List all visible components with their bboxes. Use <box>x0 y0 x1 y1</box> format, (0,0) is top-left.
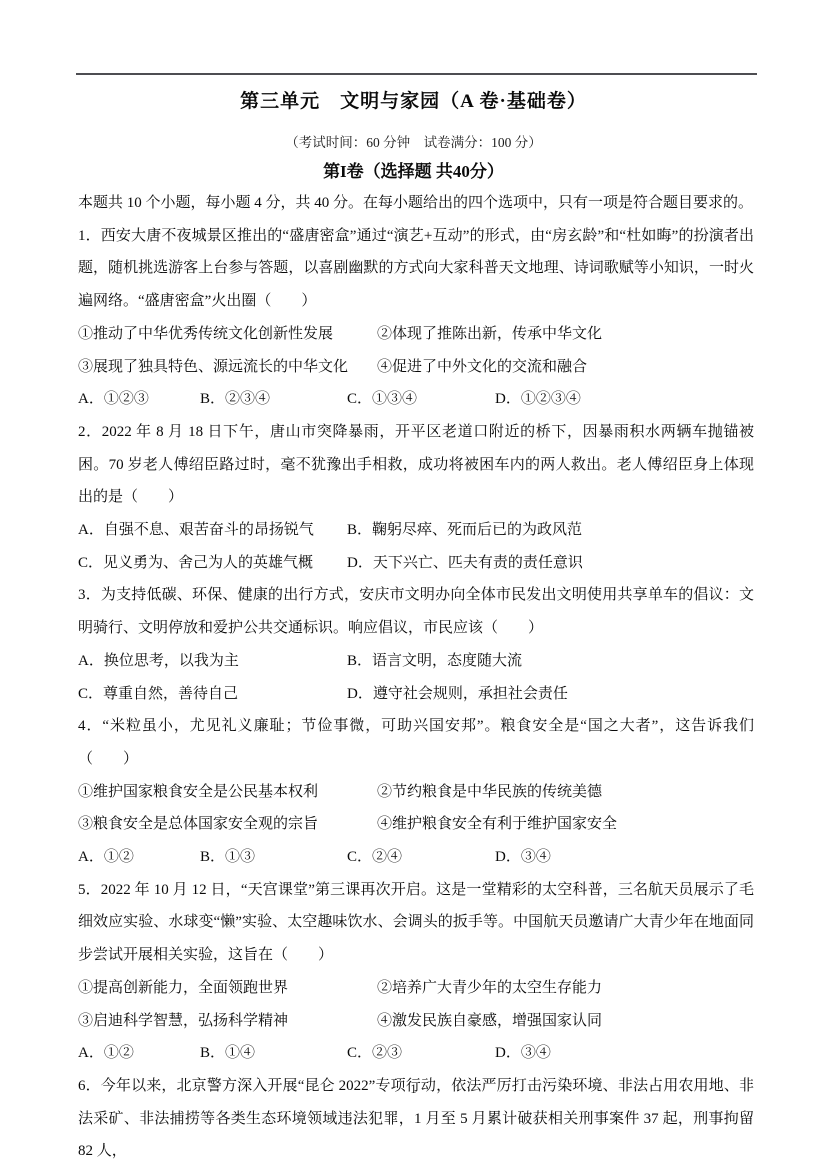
choice-d: D．遵守社会规则，承担社会责任 <box>347 686 568 702</box>
choice-c: C．②③ <box>347 1037 495 1070</box>
statement-4: ④促进了中外文化的交流和融合 <box>377 359 587 375</box>
exam-body: 本题共 10 个小题，每小题 4 分，共 40 分。在每小题给出的四个选项中，只… <box>78 187 754 1168</box>
statement-1: ①提高创新能力，全面领跑世界 <box>78 972 377 1005</box>
question-3-choices-row-1: A．换位思考，以我为主B．语言文明，态度随大流 <box>78 645 754 678</box>
choice-a: A．①②③ <box>78 383 200 416</box>
question-4-statements-row-1: ①维护国家粮食安全是公民基本权利②节约粮食是中华民族的传统美德 <box>78 776 754 809</box>
section-instructions: 本题共 10 个小题，每小题 4 分，共 40 分。在每小题给出的四个选项中，只… <box>78 187 754 220</box>
question-5: 5．2022 年 10 月 12 日，“天宫课堂”第三课再次开启。这是一堂精彩的… <box>78 874 754 1070</box>
choice-b: B．鞠躬尽瘁、死而后已的为政风范 <box>347 522 582 538</box>
statement-3: ③粮食安全是总体国家安全观的宗旨 <box>78 808 377 841</box>
choice-a: A．①② <box>78 841 200 874</box>
question-2-stem: 2．2022 年 8 月 18 日下午，唐山市突降暴雨，开平区老道口附近的桥下，… <box>78 416 754 514</box>
statement-4: ④维护粮食安全有利于维护国家安全 <box>377 816 617 832</box>
question-1-choices: A．①②③B．②③④C．①③④D．①②③④ <box>78 383 754 416</box>
question-3-stem: 3．为支持低碳、环保、健康的出行方式，安庆市文明办向全体市民发出文明使用共享单车… <box>78 579 754 644</box>
choice-d: D．③④ <box>495 1045 551 1061</box>
question-1-stem: 1．西安大唐不夜城景区推出的“盛唐密盒”通过“演艺+互动”的形式，由“房玄龄”和… <box>78 220 754 318</box>
question-5-stem: 5．2022 年 10 月 12 日，“天宫课堂”第三课再次开启。这是一堂精彩的… <box>78 874 754 972</box>
choice-d: D．①②③④ <box>495 391 581 407</box>
question-2-choices-row-1: A．自强不息、艰苦奋斗的昂扬锐气B．鞠躬尽瘁、死而后已的为政风范 <box>78 514 754 547</box>
exam-page: 第三单元 文明与家园（A 卷·基础卷） （考试时间：60 分钟 试卷满分：100… <box>0 0 827 1169</box>
statement-1: ①推动了中华优秀传统文化创新性发展 <box>78 318 377 351</box>
question-4-stem: 4．“米粒虽小，尤见礼义廉耻；节俭事微，可助兴国安邦”。粮食安全是“国之大者”，… <box>78 710 754 775</box>
question-5-statements-row-1: ①提高创新能力，全面领跑世界②培养广大青少年的太空生存能力 <box>78 972 754 1005</box>
statement-1: ①维护国家粮食安全是公民基本权利 <box>78 776 377 809</box>
exam-meta-info: （考试时间：60 分钟 试卷满分：100 分） <box>0 131 827 151</box>
choice-c: C．见义勇为、舍己为人的英雄气概 <box>78 547 347 580</box>
choice-b: B．②③④ <box>200 383 347 416</box>
choice-b: B．①③ <box>200 841 347 874</box>
choice-a: A．自强不息、艰苦奋斗的昂扬锐气 <box>78 514 347 547</box>
question-4-statements-row-2: ③粮食安全是总体国家安全观的宗旨④维护粮食安全有利于维护国家安全 <box>78 808 754 841</box>
page-number: 1 <box>0 1082 827 1097</box>
choice-d: D．③④ <box>495 849 551 865</box>
choice-c: C．尊重自然，善待自己 <box>78 678 347 711</box>
statement-4: ④激发民族自豪感，增强国家认同 <box>377 1013 602 1029</box>
question-1: 1．西安大唐不夜城景区推出的“盛唐密盒”通过“演艺+互动”的形式，由“房玄龄”和… <box>78 220 754 416</box>
choice-c: C．②④ <box>347 841 495 874</box>
question-1-statements-row-1: ①推动了中华优秀传统文化创新性发展②体现了推陈出新，传承中华文化 <box>78 318 754 351</box>
section-title: 第I卷（选择题 共40分） <box>0 157 827 182</box>
choice-b: B．语言文明，态度随大流 <box>347 653 522 669</box>
question-4: 4．“米粒虽小，尤见礼义廉耻；节俭事微，可助兴国安邦”。粮食安全是“国之大者”，… <box>78 710 754 874</box>
question-3-choices-row-2: C．尊重自然，善待自己D．遵守社会规则，承担社会责任 <box>78 678 754 711</box>
question-2-choices-row-2: C．见义勇为、舍己为人的英雄气概D．天下兴亡、匹夫有责的责任意识 <box>78 547 754 580</box>
choice-a: A．换位思考，以我为主 <box>78 645 347 678</box>
statement-2: ②节约粮食是中华民族的传统美德 <box>377 784 602 800</box>
question-2: 2．2022 年 8 月 18 日下午，唐山市突降暴雨，开平区老道口附近的桥下，… <box>78 416 754 580</box>
choice-a: A．①② <box>78 1037 200 1070</box>
question-3: 3．为支持低碳、环保、健康的出行方式，安庆市文明办向全体市民发出文明使用共享单车… <box>78 579 754 710</box>
statement-2: ②体现了推陈出新，传承中华文化 <box>377 326 602 342</box>
statement-2: ②培养广大青少年的太空生存能力 <box>377 980 602 996</box>
choice-d: D．天下兴亡、匹夫有责的责任意识 <box>347 555 583 571</box>
header-divider <box>76 73 757 75</box>
statement-3: ③启迪科学智慧，弘扬科学精神 <box>78 1005 377 1038</box>
question-5-statements-row-2: ③启迪科学智慧，弘扬科学精神④激发民族自豪感，增强国家认同 <box>78 1005 754 1038</box>
choice-b: B．①④ <box>200 1037 347 1070</box>
question-1-statements-row-2: ③展现了独具特色、源远流长的中华文化④促进了中外文化的交流和融合 <box>78 351 754 384</box>
statement-3: ③展现了独具特色、源远流长的中华文化 <box>78 351 377 384</box>
question-4-choices: A．①②B．①③C．②④D．③④ <box>78 841 754 874</box>
question-5-choices: A．①②B．①④C．②③D．③④ <box>78 1037 754 1070</box>
exam-title: 第三单元 文明与家园（A 卷·基础卷） <box>0 86 827 113</box>
choice-c: C．①③④ <box>347 383 495 416</box>
